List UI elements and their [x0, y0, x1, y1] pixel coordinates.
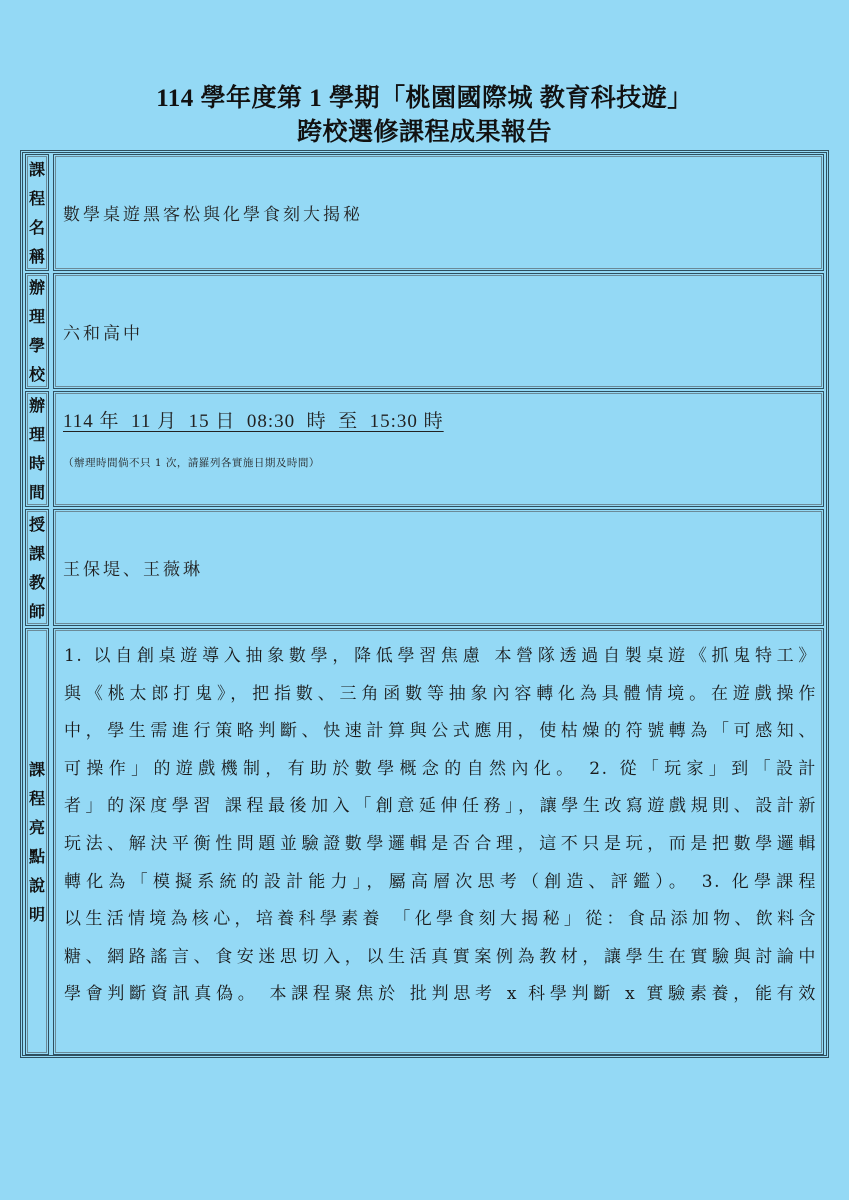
label-char: 師 [29, 597, 45, 626]
label-school: 辦 理 學 校 [25, 273, 49, 389]
label-char: 程 [29, 184, 45, 213]
teachers-cell: 王保堤、王薇琳 [53, 509, 824, 626]
time-value: 114 年 11 月 15 日 08:30 時 至 15:30 時 [63, 406, 823, 433]
highlights-line: 玩法、解決平衡性問題並驗證數學邏輯是否合理，這不只是玩，而是把數學邏輯 [64, 826, 817, 864]
label-char: 點 [29, 842, 45, 871]
label-time: 辦 理 時 間 [25, 391, 49, 507]
label-char: 校 [29, 360, 45, 389]
label-char: 辦 [29, 391, 45, 420]
label-char: 教 [29, 568, 45, 597]
label-char: 課 [29, 539, 45, 568]
report-title: 114 學年度第 1 學期「桃園國際城 教育科技遊」 跨校選修課程成果報告 [0, 82, 849, 150]
label-char: 說 [29, 871, 45, 900]
label-char: 理 [29, 302, 45, 331]
row-course-name: 課 程 名 稱 數學桌遊黑客松與化學食刻大揭秘 [25, 154, 824, 271]
highlights-line: 與《桃太郎打鬼》，把指數、三角函數等抽象內容轉化為具體情境。在遊戲操作 [64, 676, 817, 714]
label-char: 間 [29, 478, 45, 507]
label-teachers: 授 課 教 師 [25, 509, 49, 626]
label-char: 時 [29, 449, 45, 478]
course-name-value: 數學桌遊黑客松與化學食刻大揭秘 [63, 200, 823, 225]
course-name-cell: 數學桌遊黑客松與化學食刻大揭秘 [53, 154, 824, 271]
highlights-line: 中，學生需進行策略判斷、快速計算與公式應用，使枯燥的符號轉為「可感知、 [64, 713, 817, 751]
row-school: 辦 理 學 校 六和高中 [25, 273, 824, 389]
highlights-line: 轉化為「模擬系統的設計能力」，屬高層次思考（創造、評鑑）。 3. 化學課程 [64, 864, 817, 902]
row-teachers: 授 課 教 師 王保堤、王薇琳 [25, 509, 824, 626]
title-line-2: 跨校選修課程成果報告 [0, 116, 849, 150]
time-cell: 114 年 11 月 15 日 08:30 時 至 15:30 時 （辦理時間倘… [53, 391, 824, 507]
teachers-value: 王保堤、王薇琳 [63, 555, 823, 580]
label-char: 明 [29, 900, 45, 929]
label-char: 稱 [29, 242, 45, 271]
time-note: （辦理時間倘不只 1 次，請羅列各實施日期及時間） [63, 455, 823, 470]
highlights-line: 可操作」的遊戲機制，有助於數學概念的自然內化。 2. 從「玩家」到「設計 [64, 751, 817, 789]
title-line-1: 114 學年度第 1 學期「桃園國際城 教育科技遊」 [0, 82, 849, 116]
label-char: 辦 [29, 273, 45, 302]
highlights-line: 1. 以自創桌遊導入抽象數學，降低學習焦慮 本營隊透過自製桌遊《抓鬼特工》 [64, 638, 817, 676]
label-char: 學 [29, 331, 45, 360]
school-cell: 六和高中 [53, 273, 824, 389]
label-char: 亮 [29, 813, 45, 842]
label-char: 課 [29, 755, 45, 784]
highlights-body: 1. 以自創桌遊導入抽象數學，降低學習焦慮 本營隊透過自製桌遊《抓鬼特工》 與《… [58, 629, 823, 1014]
highlights-line: 糖、網路謠言、食安迷思切入，以生活真實案例為教材，讓學生在實驗與討論中 [64, 939, 817, 977]
label-highlights: 課 程 亮 點 說 明 [25, 628, 49, 1055]
label-char: 程 [29, 784, 45, 813]
label-char: 課 [29, 155, 45, 184]
highlights-cell: 1. 以自創桌遊導入抽象數學，降低學習焦慮 本營隊透過自製桌遊《抓鬼特工》 與《… [53, 628, 824, 1055]
label-course-name: 課 程 名 稱 [25, 154, 49, 271]
school-value: 六和高中 [63, 319, 823, 344]
row-highlights: 課 程 亮 點 說 明 1. 以自創桌遊導入抽象數學，降低學習焦慮 本營隊透過自… [25, 628, 824, 1055]
report-table: 課 程 名 稱 數學桌遊黑客松與化學食刻大揭秘 辦 理 學 校 六和高中 辦 理… [20, 150, 829, 1058]
highlights-line: 者」的深度學習 課程最後加入「創意延伸任務」，讓學生改寫遊戲規則、設計新 [64, 788, 817, 826]
label-char: 名 [29, 213, 45, 242]
label-char: 授 [29, 510, 45, 539]
label-char: 理 [29, 420, 45, 449]
highlights-line: 學會判斷資訊真偽。 本課程聚焦於 批判思考 x 科學判斷 x 實驗素養，能有效 [64, 976, 817, 1014]
highlights-line: 以生活情境為核心，培養科學素養 「化學食刻大揭秘」從：食品添加物、飲料含 [64, 901, 817, 939]
row-time: 辦 理 時 間 114 年 11 月 15 日 08:30 時 至 15:30 … [25, 391, 824, 507]
